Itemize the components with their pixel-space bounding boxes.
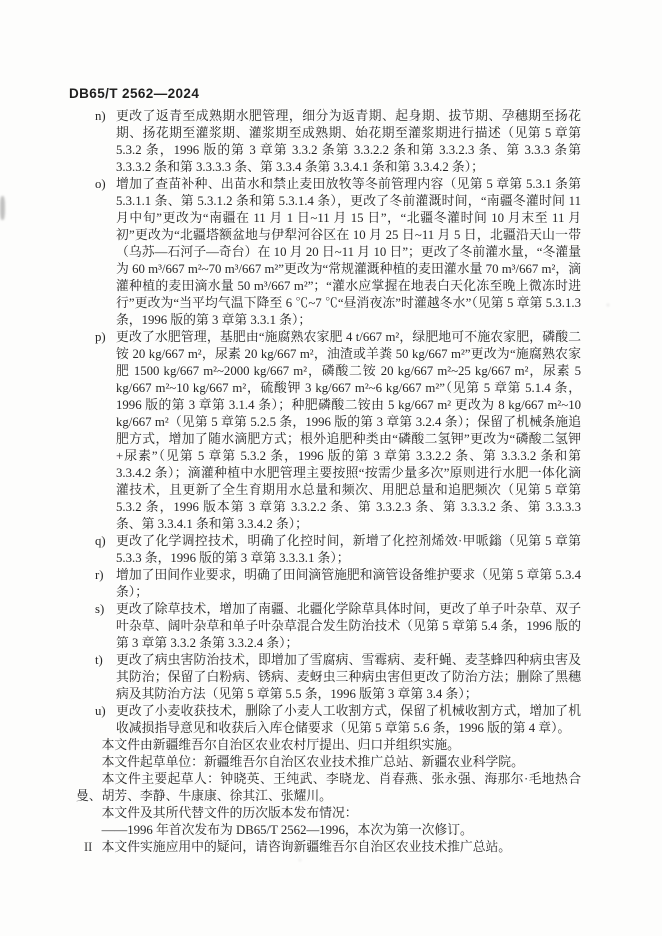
amendment-item-u: u) 更改了小麦收获技术，删除了小麦人工收割方式，保留了机械收割方式，增加了机收… <box>76 703 581 737</box>
item-text: 增加了查苗补种、出苗水和禁止麦田放牧等冬前管理内容（见第 5 章第 5.3.1 … <box>116 177 581 327</box>
item-text: 更改了返青至成熟期水肥管理，细分为返青期、起身期、拔节期、孕穗期至扬花期、扬花期… <box>116 109 581 174</box>
amendment-item-r: r) 增加了田间作业要求，明确了田间滴管施肥和滴管设备维护要求（见第 5 章第 … <box>76 567 581 601</box>
page-number: II <box>84 840 92 855</box>
amendment-list: n) 更改了返青至成熟期水肥管理，细分为返青期、起身期、拔节期、孕穗期至扬花期、… <box>76 108 581 737</box>
item-text: 更改了病虫害防治技术，即增加了雪腐病、雪霉病、麦秆蝇、麦茎蜂四种病虫害及其防治；… <box>116 653 581 701</box>
amendment-item-s: s) 更改了除草技术，增加了南疆、北疆化学除草具体时间，更改了单子叶杂草、双子叶… <box>76 601 581 652</box>
amendment-item-n: n) 更改了返青至成熟期水肥管理，细分为返青期、起身期、拔节期、孕穗期至扬花期、… <box>76 108 581 176</box>
foreword-paragraph-history-item: ——1996 年首次发布为 DB65/T 2562—1996，本次为第一次修订。 <box>76 822 581 839</box>
amendment-item-q: q) 更改了化学调控技术，明确了化控时间，新增了化控剂烯效·甲哌鎓（见第 5 章… <box>76 533 581 567</box>
foreword-paragraphs: 本文件由新疆维吾尔自治区农业农村厅提出、归口并组织实施。 本文件起草单位：新疆维… <box>76 737 581 856</box>
foreword-paragraph-inquiry: 本文件实施应用中的疑问，请咨询新疆维吾尔自治区农业技术推广总站。 <box>76 839 581 856</box>
amendment-item-t: t) 更改了病虫害防治技术，即增加了雪腐病、雪霉病、麦秆蝇、麦茎蜂四种病虫害及其… <box>76 652 581 703</box>
item-label: r) <box>95 567 104 584</box>
item-text: 增加了田间作业要求，明确了田间滴管施肥和滴管设备维护要求（见第 5 章第 5.3… <box>116 568 581 599</box>
item-text: 更改了除草技术，增加了南疆、北疆化学除草具体时间，更改了单子叶杂草、双子叶杂草、… <box>116 602 581 650</box>
item-label: t) <box>95 652 103 669</box>
item-label: q) <box>95 533 106 550</box>
foreword-paragraph-drafting-org: 本文件起草单位：新疆维吾尔自治区农业技术推广总站、新疆农业科学院。 <box>76 754 581 771</box>
standard-number-header: DB65/T 2562—2024 <box>69 86 199 101</box>
item-text: 更改了小麦收获技术，删除了小麦人工收割方式，保留了机械收割方式，增加了机收减损指… <box>116 704 581 735</box>
document-page: DB65/T 2562—2024 n) 更改了返青至成熟期水肥管理，细分为返青期… <box>0 0 662 936</box>
foreword-paragraph-issuer: 本文件由新疆维吾尔自治区农业农村厅提出、归口并组织实施。 <box>76 737 581 754</box>
item-label: p) <box>95 329 106 346</box>
item-text: 更改了化学调控技术，明确了化控时间，新增了化控剂烯效·甲哌鎓（见第 5 章第 5… <box>116 534 581 565</box>
foreword-paragraph-drafters: 本文件主要起草人：钟晓英、王纯武、李晓龙、肖春燕、张永强、海那尔·毛地热合曼、胡… <box>76 771 581 805</box>
page-content: n) 更改了返青至成熟期水肥管理，细分为返青期、起身期、拔节期、孕穗期至扬花期、… <box>76 108 581 856</box>
amendment-item-p: p) 更改了水肥管理，基肥由“施腐熟农家肥 4 t/667 m²，绿肥地可不施农… <box>76 329 581 533</box>
amendment-item-o: o) 增加了查苗补种、出苗水和禁止麦田放牧等冬前管理内容（见第 5 章第 5.3… <box>76 176 581 329</box>
scan-edge-smudge <box>0 196 5 220</box>
item-label: n) <box>95 108 106 125</box>
item-label: u) <box>95 703 106 720</box>
foreword-paragraph-history-intro: 本文件及其所代替文件的历次版本发布情况： <box>76 805 581 822</box>
item-label: s) <box>95 601 104 618</box>
item-text: 更改了水肥管理，基肥由“施腐熟农家肥 4 t/667 m²，绿肥地可不施农家肥，… <box>116 330 581 531</box>
item-label: o) <box>95 176 106 193</box>
